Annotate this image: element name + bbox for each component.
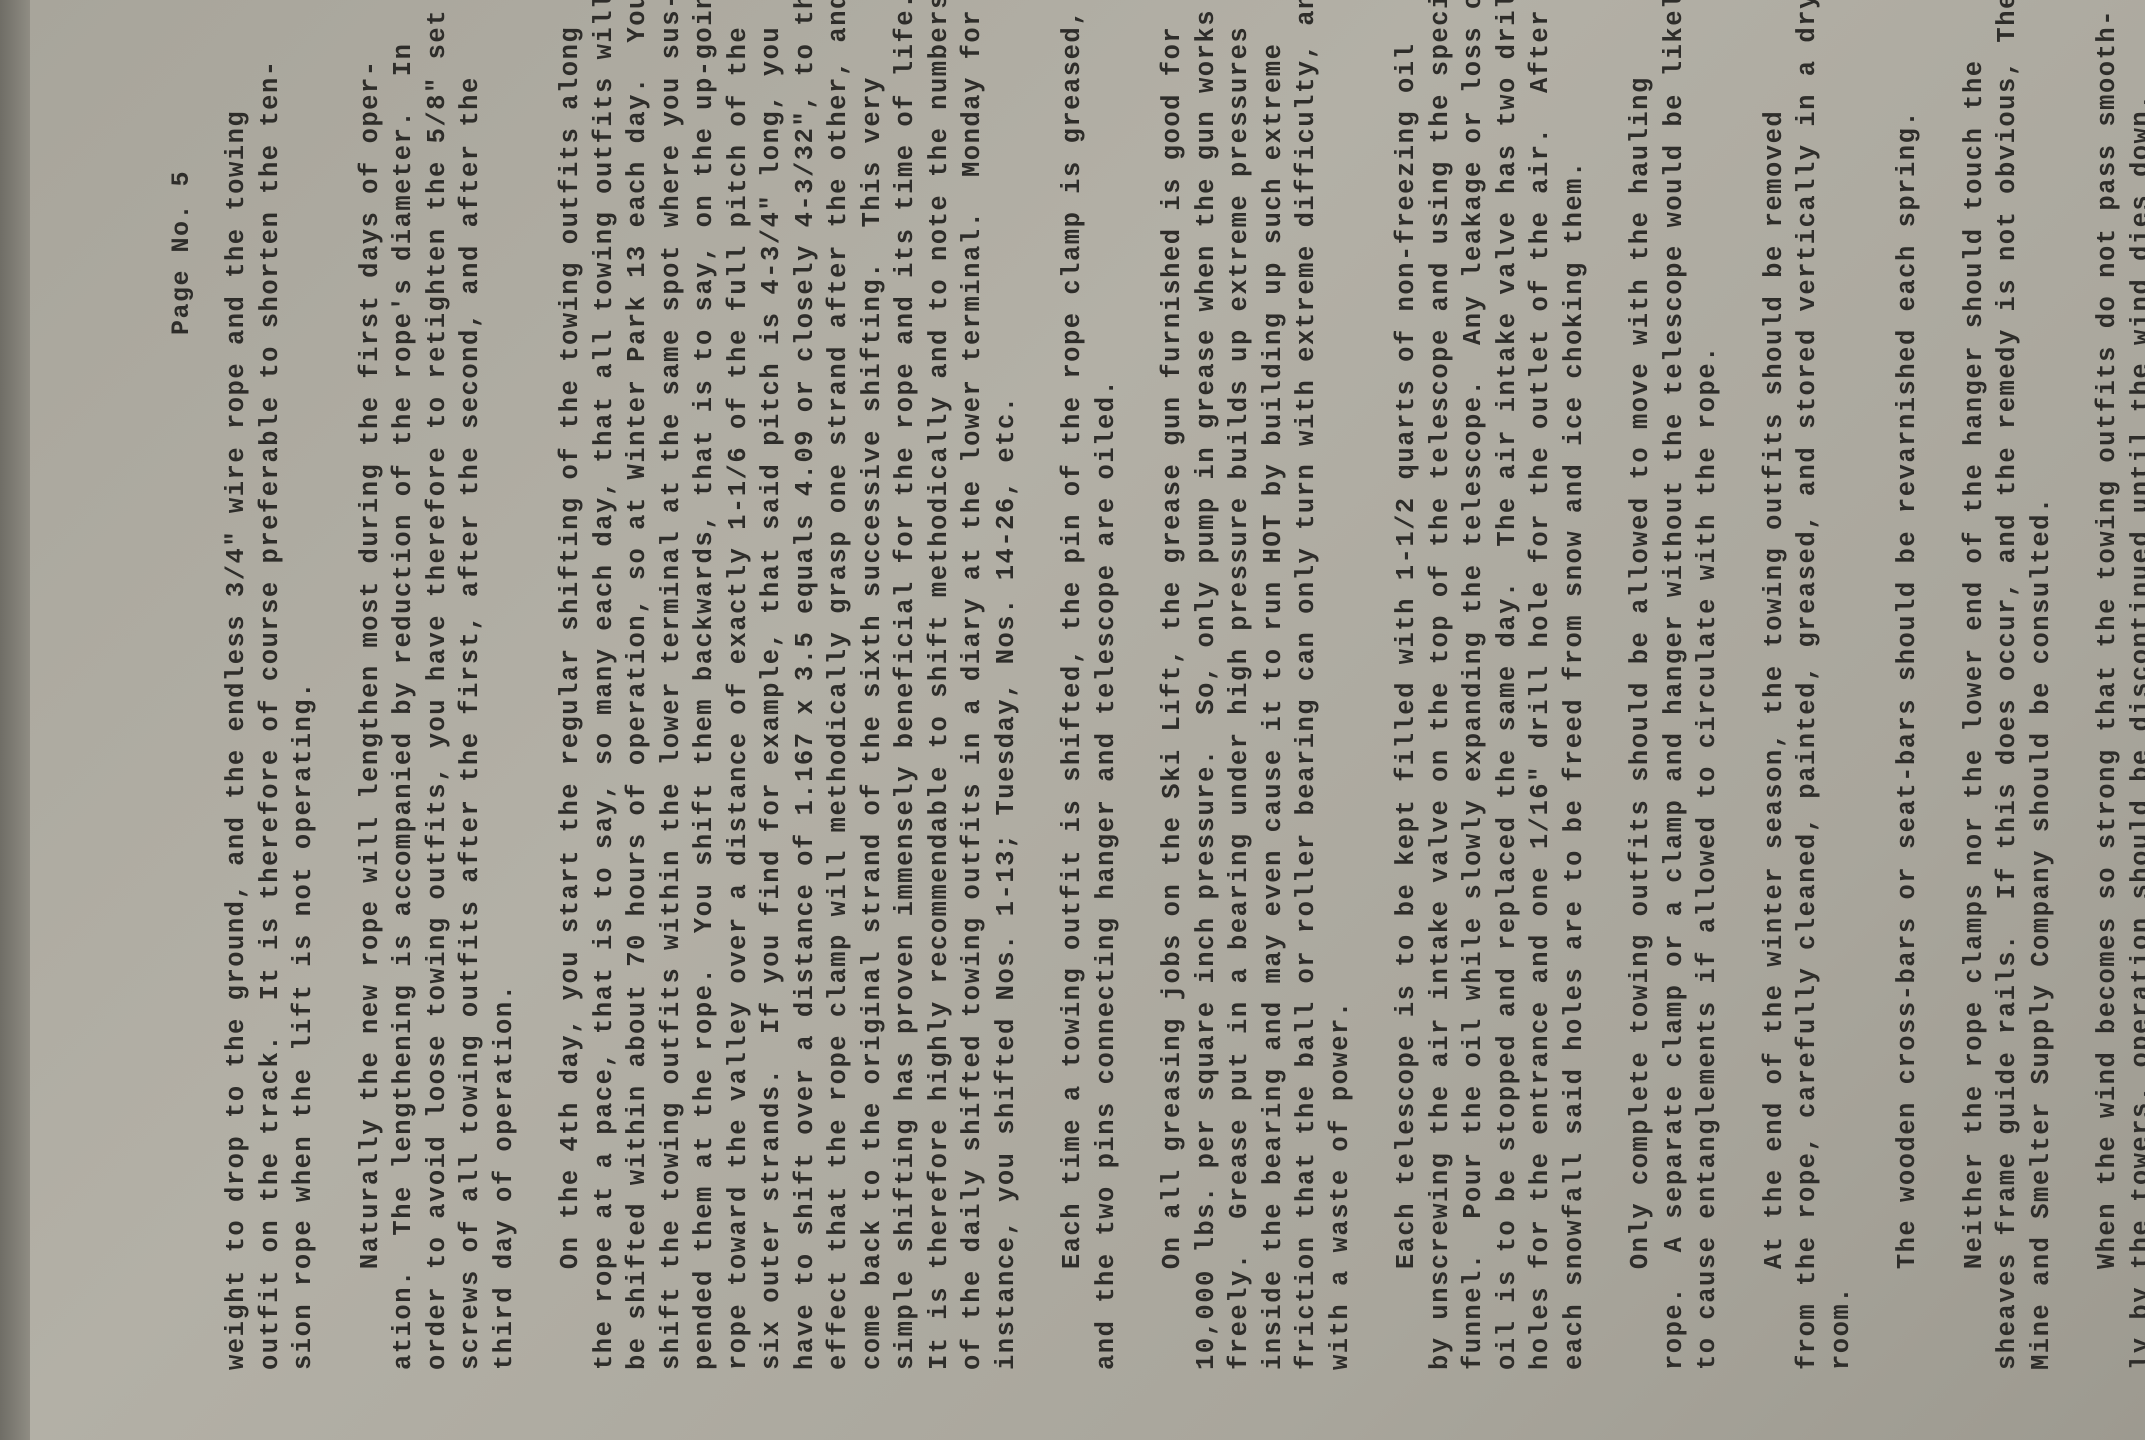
paragraph-rope-drop: weight to drop to the ground, and the en… xyxy=(220,30,321,1370)
text-line: sion rope when the lift is not operating… xyxy=(287,30,321,1370)
text-line: pended them at the rope. You shift them … xyxy=(688,30,722,1370)
text-line: 10,000 lbs. per square inch pressure. So… xyxy=(1190,30,1224,1370)
text-line: sheaves frame guide rails. If this does … xyxy=(1991,30,2025,1370)
text-line: come back to the original strand of the … xyxy=(856,30,890,1370)
rotated-page-content: Page No. 5 weight to drop to the ground,… xyxy=(70,20,2110,1420)
text-line: weight to drop to the ground, and the en… xyxy=(220,30,254,1370)
text-line: On all greasing jobs on the Ski Lift, th… xyxy=(1156,30,1190,1370)
paragraph-telescope-oil: Each telescope is to be kept filled with… xyxy=(1390,30,1591,1370)
text-line: outfit on the track. It is therefore of … xyxy=(254,30,288,1370)
text-line: inside the bearing and may even cause it… xyxy=(1257,30,1291,1370)
paragraph-complete-outfits: Only complete towing outfits should be a… xyxy=(1624,30,1725,1370)
text-line: instance, you shifted Nos. 1-13; Tuesday… xyxy=(990,30,1024,1370)
paragraph-greasing: On all greasing jobs on the Ski Lift, th… xyxy=(1156,30,1357,1370)
text-line: order to avoid loose towing outfits, you… xyxy=(421,30,455,1370)
text-line: holes for the entrance and one 1/16" dri… xyxy=(1524,30,1558,1370)
text-line: effect that the rope clamp will methodic… xyxy=(822,30,856,1370)
paragraph-wind: When the wind becomes so strong that the… xyxy=(2091,30,2145,1370)
text-line: each snowfall said holes are to be freed… xyxy=(1558,30,1592,1370)
paragraph-pin-oiled: Each time a towing outfit is shifted, th… xyxy=(1056,30,1123,1370)
text-line: It is therefore highly recommendable to … xyxy=(923,30,957,1370)
text-line: Neither the rope clamps nor the lower en… xyxy=(1958,30,1992,1370)
text-line: from the rope, carefully cleaned, painte… xyxy=(1791,30,1825,1370)
text-line: of the daily shifted towing outfits in a… xyxy=(956,30,990,1370)
text-line: and the two pins connecting hanger and t… xyxy=(1090,30,1124,1370)
text-line: simple shifting has proven immensely ben… xyxy=(889,30,923,1370)
text-line: shift the towing outfits within the lowe… xyxy=(655,30,689,1370)
text-line: ation. The lengthening is accompanied by… xyxy=(387,30,421,1370)
text-line: Each telescope is to be kept filled with… xyxy=(1390,30,1424,1370)
text-line: rope toward the valley over a distance o… xyxy=(722,30,756,1370)
text-line: have to shift over a distance of 1.167 x… xyxy=(789,30,823,1370)
paragraph-winter-season: At the end of the winter season, the tow… xyxy=(1758,30,1859,1370)
text-line: room. xyxy=(1825,30,1859,1370)
text-line: ly by the towers, operation should be di… xyxy=(2125,30,2145,1370)
body-text: weight to drop to the ground, and the en… xyxy=(220,30,2145,1370)
text-line: the rope at a pace, that is to say, so m… xyxy=(588,30,622,1370)
text-line: Naturally the new rope will lengthen mos… xyxy=(354,30,388,1370)
text-line: six outer strands. If you find for examp… xyxy=(755,30,789,1370)
page-number: Page No. 5 xyxy=(165,170,199,335)
text-line: oil is to be stopped and replaced the sa… xyxy=(1491,30,1525,1370)
paragraph-guide-rails: Neither the rope clamps nor the lower en… xyxy=(1958,30,2059,1370)
paragraph-shifting: On the 4th day, you start the regular sh… xyxy=(554,30,1023,1370)
text-line: Only complete towing outfits should be a… xyxy=(1624,30,1658,1370)
text-line: with a waste of power. xyxy=(1324,30,1358,1370)
text-line: freely. Grease put in a bearing under hi… xyxy=(1223,30,1257,1370)
text-line: third day of operation. xyxy=(488,30,522,1370)
paragraph-seat-bars: The wooden cross-bars or seat-bars shoul… xyxy=(1891,30,1925,1370)
text-line: rope. A separate clamp or a clamp and ha… xyxy=(1658,30,1692,1370)
text-line: screws of all towing outfits after the f… xyxy=(454,30,488,1370)
text-line: Mine and Smelter Supply Company should b… xyxy=(2025,30,2059,1370)
text-line: be shifted within about 70 hours of oper… xyxy=(621,30,655,1370)
text-line: by unscrewing the air intake valve on th… xyxy=(1424,30,1458,1370)
paragraph-rope-lengthen: Naturally the new rope will lengthen mos… xyxy=(354,30,522,1370)
text-line: When the wind becomes so strong that the… xyxy=(2091,30,2125,1370)
text-line: At the end of the winter season, the tow… xyxy=(1758,30,1792,1370)
text-line: funnel. Pour the oil while slowly expand… xyxy=(1457,30,1491,1370)
text-line: The wooden cross-bars or seat-bars shoul… xyxy=(1891,30,1925,1370)
text-line: to cause entanglements if allowed to cir… xyxy=(1691,30,1725,1370)
text-line: On the 4th day, you start the regular sh… xyxy=(554,30,588,1370)
text-line: friction that the ball or roller bearing… xyxy=(1290,30,1324,1370)
text-line: Each time a towing outfit is shifted, th… xyxy=(1056,30,1090,1370)
typewritten-page: Page No. 5 weight to drop to the ground,… xyxy=(30,0,2145,1440)
